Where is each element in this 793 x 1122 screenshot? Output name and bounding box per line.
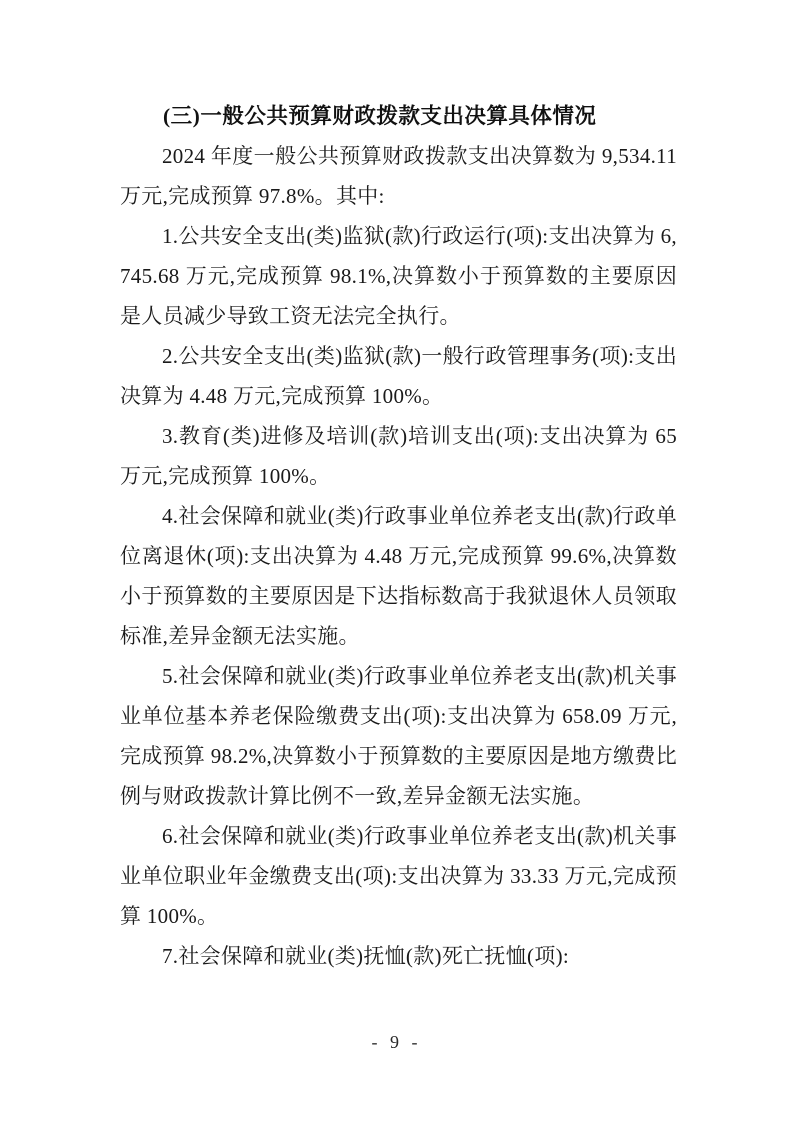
document-page: (三)一般公共预算财政拨款支出决算具体情况 2024 年度一般公共预算财政拨款支…	[0, 0, 793, 1122]
paragraph-item-2: 2.公共安全支出(类)监狱(款)一般行政管理事务(项):支出决算为 4.48 万…	[120, 336, 677, 416]
paragraph-item-6: 6.社会保障和就业(类)行政事业单位养老支出(款)机关事业单位职业年金缴费支出(…	[120, 816, 677, 936]
paragraph-intro: 2024 年度一般公共预算财政拨款支出决算数为 9,534.11 万元,完成预算…	[120, 136, 677, 216]
document-body: (三)一般公共预算财政拨款支出决算具体情况 2024 年度一般公共预算财政拨款支…	[120, 96, 677, 976]
paragraph-item-3: 3.教育(类)进修及培训(款)培训支出(项):支出决算为 65 万元,完成预算 …	[120, 416, 677, 496]
paragraph-item-1: 1.公共安全支出(类)监狱(款)行政运行(项):支出决算为 6,745.68 万…	[120, 216, 677, 336]
paragraph-item-7: 7.社会保障和就业(类)抚恤(款)死亡抚恤(项):	[120, 936, 677, 976]
section-heading: (三)一般公共预算财政拨款支出决算具体情况	[120, 96, 677, 136]
paragraph-item-4: 4.社会保障和就业(类)行政事业单位养老支出(款)行政单位离退休(项):支出决算…	[120, 496, 677, 656]
paragraph-item-5: 5.社会保障和就业(类)行政事业单位养老支出(款)机关事业单位基本养老保险缴费支…	[120, 656, 677, 816]
page-number: - 9 -	[0, 1028, 793, 1056]
